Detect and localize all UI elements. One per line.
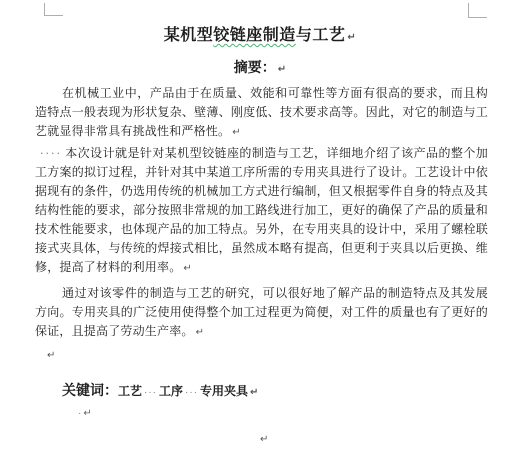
keyword-item: 工艺 <box>118 384 142 398</box>
paragraph-mark-icon: ↵ <box>196 327 205 338</box>
document-title[interactable]: 某机型铰链座制造与工艺↵ <box>0 25 520 49</box>
text-boundary-corner-mark-top-right <box>468 3 487 18</box>
space-formatting-marks: ··· <box>142 387 159 398</box>
document-page[interactable]: 某机型铰链座制造与工艺↵ 摘要：↵ 在机械工业中，产品由于在质量、效能和可靠性等… <box>0 0 520 453</box>
title-text-end: 与工艺 <box>296 27 346 44</box>
paragraph-mark-icon: ↵ <box>183 263 192 274</box>
empty-paragraph-mark-icon: ↵ <box>47 350 55 361</box>
empty-paragraph-with-space: ·↵ <box>78 408 92 419</box>
space-formatting-mark: · <box>78 408 81 419</box>
keywords-label: 关键词： <box>62 382 118 398</box>
title-text-start: 某机型 <box>164 27 214 44</box>
abstract-paragraph-2[interactable]: ····本次设计就是针对某机型铰链座的制造与工艺，详细地介绍了该产品的整个加工方… <box>35 144 488 278</box>
paragraph-1-text: 在机械工业中，产品由于在质量、效能和可靠性等方面有很高的要求，而且构造特点一般表… <box>35 86 488 138</box>
paragraph-mark-icon: ↵ <box>347 32 356 43</box>
paragraph-3-text: 通过对该零件的制造与工艺的研究，可以很好地了解产品的制造特点及其发展方向。专用夹… <box>35 286 488 338</box>
abstract-heading-label: 摘要： <box>234 59 276 75</box>
text-boundary-corner-mark-top-left <box>44 3 63 16</box>
title-text-spellcheck-underlined: 铰链座制造 <box>213 27 296 44</box>
keyword-item: 专用夹具 <box>200 384 248 398</box>
paragraph-mark-icon: ↵ <box>232 127 241 138</box>
paragraph-mark-icon: ↵ <box>250 387 258 398</box>
paragraph-2-text: 本次设计就是针对某机型铰链座的制造与工艺，详细地介绍了该产品的整个加工方案的拟订… <box>35 146 488 274</box>
paragraph-mark-icon: ↵ <box>278 64 286 75</box>
abstract-paragraph-1[interactable]: 在机械工业中，产品由于在质量、效能和可靠性等方面有很高的要求，而且构造特点一般表… <box>35 84 488 142</box>
paragraph-mark-icon: ↵ <box>83 408 91 419</box>
abstract-paragraph-3[interactable]: 通过对该零件的制造与工艺的研究，可以很好地了解产品的制造特点及其发展方向。专用夹… <box>35 284 488 342</box>
abstract-heading[interactable]: 摘要：↵ <box>0 57 520 80</box>
space-formatting-marks: ··· <box>183 387 200 398</box>
empty-paragraph-mark-icon: ↵ <box>260 434 268 445</box>
keywords-line[interactable]: 关键词：工艺···工序···专用夹具↵ <box>35 380 488 403</box>
space-formatting-marks: ···· <box>35 147 65 160</box>
keyword-item: 工序 <box>159 384 183 398</box>
